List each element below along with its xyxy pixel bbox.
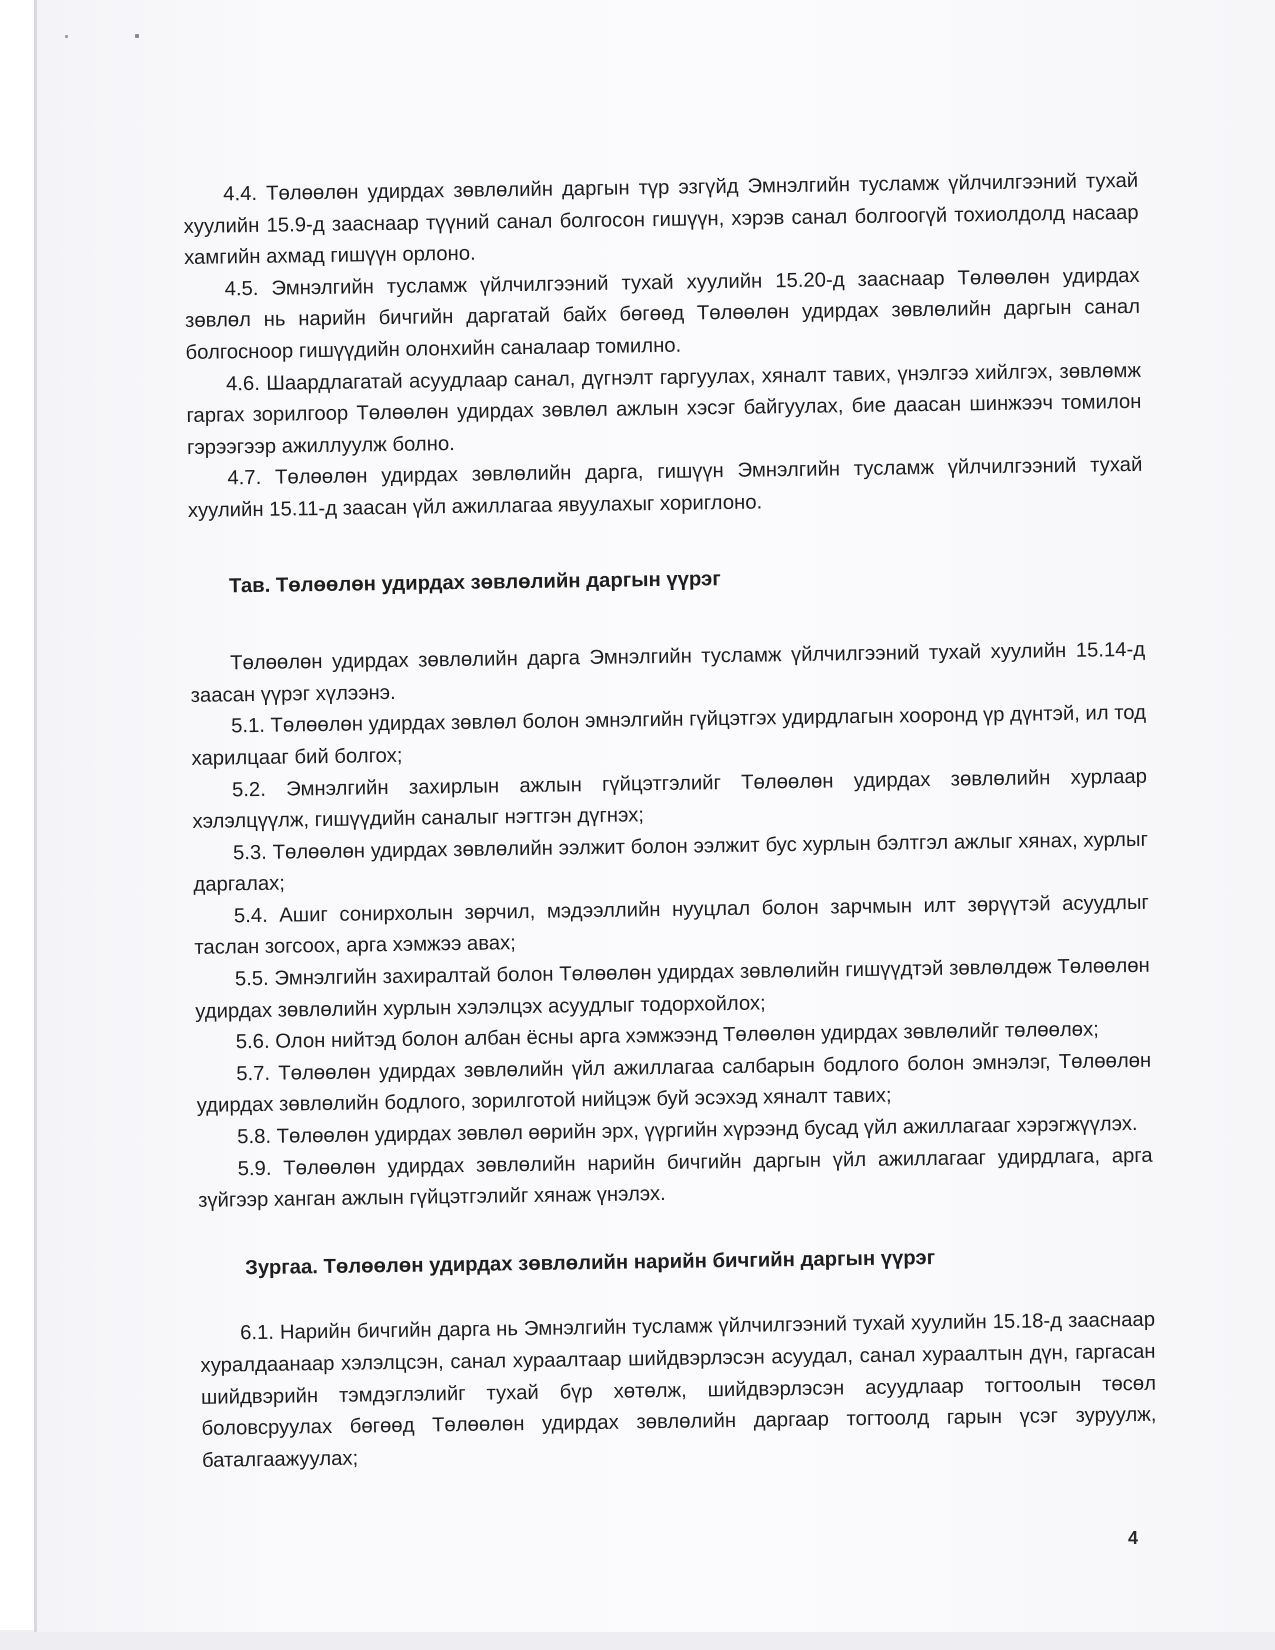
scan-speck-mark [65,35,68,38]
scan-bottom-edge [0,1632,1275,1650]
paragraph-4-7: 4.7. Төлөөлөн удирдах зөвлөлийн дарга, г… [187,450,1143,527]
section-heading-5: Тав. Төлөөлөн удирдах зөвлөлийн даргын ү… [229,557,1144,602]
section-heading-6: Зургаа. Төлөөлөн удирдах зөвлөлийн нарий… [245,1240,1154,1285]
page-number: 4 [1128,1528,1138,1549]
paragraph-4-4: 4.4. Төлөөлөн удирдах зөвлөлийн даргын т… [183,166,1139,275]
document-body: 4.4. Төлөөлөн удирдах зөвлөлийн даргын т… [183,166,1157,1477]
paragraph-5-9: 5.9. Төлөөлөн удирдах зөвлөлийн нарийн б… [197,1140,1153,1217]
paragraph-6-1: 6.1. Нарийн бичгийн дарга нь Эмнэлгийн т… [200,1305,1157,1477]
paragraph-4-5: 4.5. Эмнэлгийн тусламж үйлчилгээний туха… [184,261,1140,370]
scan-speck-mark [135,34,139,38]
paragraph-4-6: 4.6. Шаардлагатай асуудлаар санал, дүгнэ… [186,355,1142,464]
